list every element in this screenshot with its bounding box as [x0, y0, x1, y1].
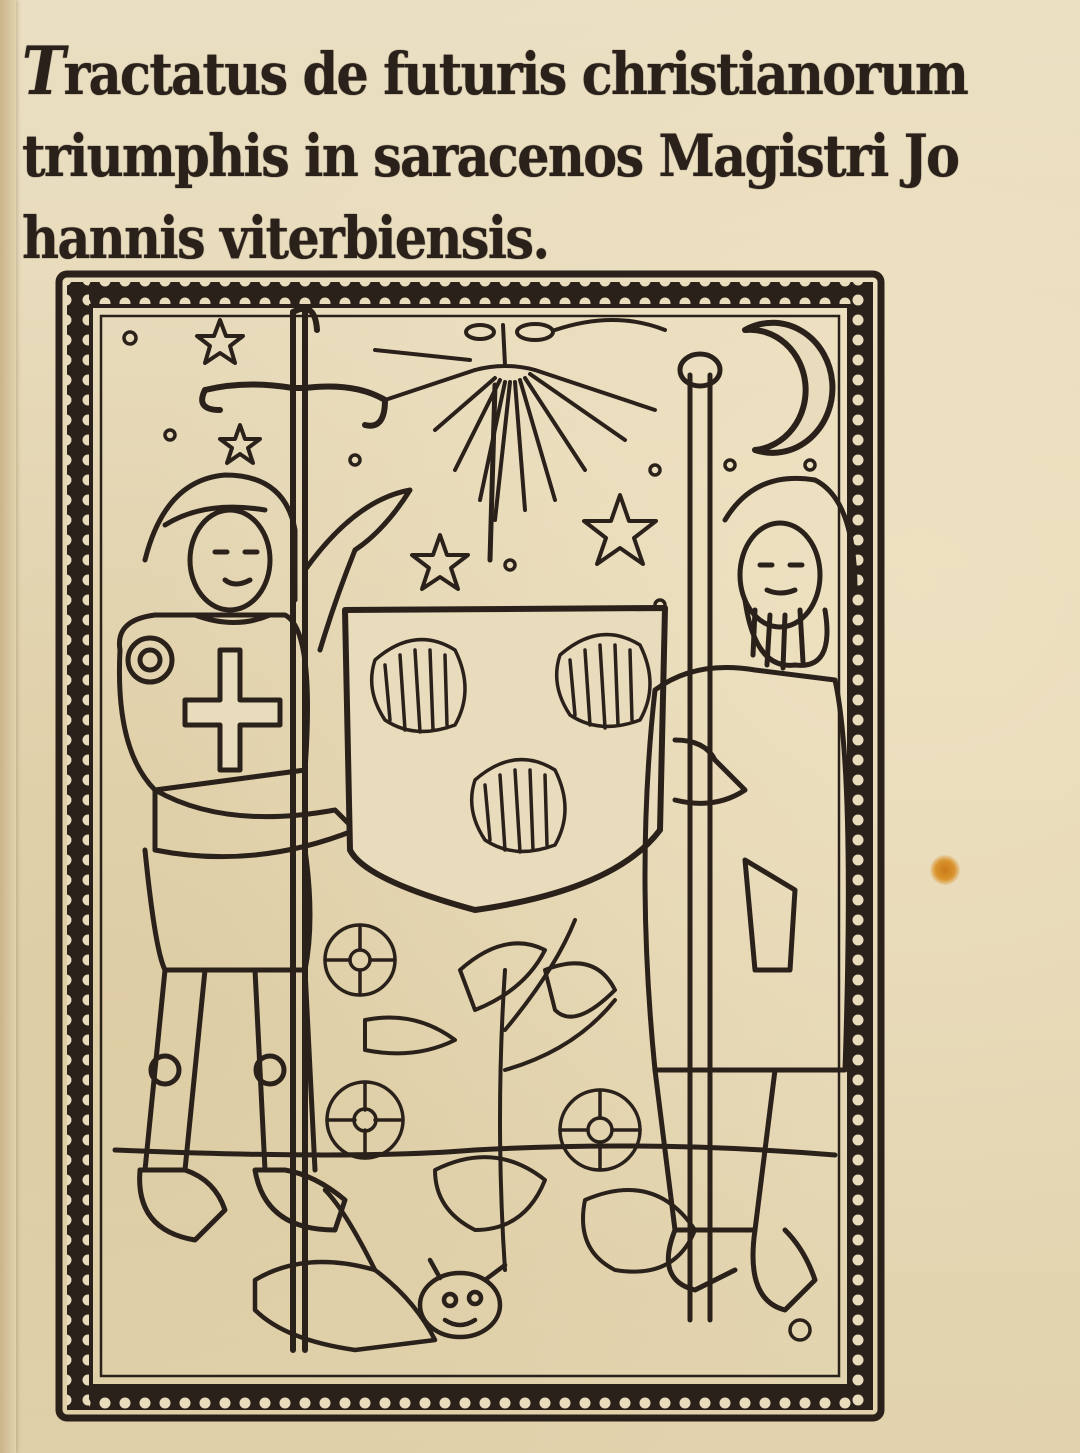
- page-title: Tractatus de futuris christianorum trium…: [22, 30, 902, 279]
- title-line-1: Tractatus de futuris christianorum: [22, 30, 902, 115]
- rose-flower-icons: [325, 925, 640, 1170]
- page-gutter: [0, 0, 16, 1453]
- title-line-3: hannis viterbiensis.: [22, 197, 902, 279]
- heraldic-shield: [345, 608, 665, 910]
- title-line-1-text: ractatus de futuris christianorum: [63, 40, 967, 108]
- title-initial: T: [22, 32, 63, 110]
- ground-line: [115, 1146, 835, 1155]
- pilgrim-figure: [645, 354, 855, 1320]
- title-line-2: triumphis in saracenos Magistri Jo: [22, 115, 902, 197]
- crescent-moon-icon: [745, 323, 832, 453]
- star-icons: [197, 320, 656, 589]
- woodcut-illustration: [55, 270, 885, 1422]
- foxing-stain: [930, 855, 960, 885]
- armored-saint-figure: [119, 475, 355, 1240]
- sun-icon: [375, 320, 665, 560]
